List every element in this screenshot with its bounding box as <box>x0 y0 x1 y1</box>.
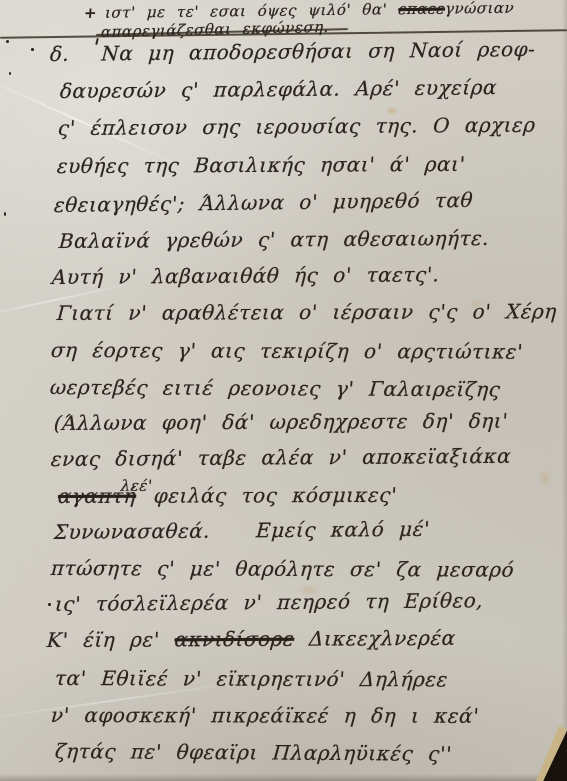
inserted-text: λεέ' <box>120 477 153 495</box>
handwritten-text: ευθήες της Βασιλικής ησαι' ά' ραι' <box>56 152 466 178</box>
manuscript-line: αγαπτήλεέ'φειλάς τος κόσμικες' <box>57 483 398 508</box>
handwritten-text: ωερτεβές ειτιέ ρεονοιες γ' Γαλαιρεϊζης <box>49 375 501 401</box>
manuscript-line: δαυρεσών ς' παρλεφάλα. Αρέ' ευχείρα <box>59 75 498 103</box>
struck-text: επαεε <box>398 0 446 18</box>
handwritten-text: γνώσιαν <box>445 0 515 18</box>
manuscript-line: ν' αφοσκεκή' πικρεάϊκεέ η δη ι κεά' <box>50 703 480 728</box>
manuscript-line: ις' τόσλεϊλερέα ν' πεηρεό τη Ερίθεο, <box>54 588 484 616</box>
handwritten-text: δαυρεσών ς' παρλεφάλα. Αρέ' ευχείρα <box>59 75 498 103</box>
manuscript-line: τα' Εθιϊεέ ν' εϊκιρηετινό' Δηλήρεε <box>54 666 449 691</box>
struck-text: ακνιδίσορε <box>174 627 295 652</box>
handwritten-text: εθειαγηθές'; Άλλωνα ο' μυηρεθό ταθ <box>53 188 473 217</box>
handwritten-text: ις' τόσλεϊλερέα ν' πεηρεό τη Ερίθεο, <box>54 588 484 616</box>
handwritten-text: πτώσητε ς' με' θαρόλητε σε' ζα μεσαρό <box>50 556 515 582</box>
handwritten-text: Δικεεχλνερέα <box>293 626 456 651</box>
manuscript-line: ωερτεβές ειτιέ ρεονοιες γ' Γαλαιρεϊζης <box>49 375 501 401</box>
manuscript-line: ευθήες της Βασιλικής ησαι' ά' ραι' <box>56 152 466 178</box>
manuscript-lines: +ιστ' με τε' εσαι όψες ψιλό' θα' επαεεγν… <box>0 0 567 781</box>
manuscript-line: Αυτή ν' λαβαναιθάθ ής ο' ταετς'. <box>51 262 440 289</box>
handwritten-text: απαρεγιάζεσθαι εκφώνεση. <box>101 18 330 41</box>
manuscript-line: απαρεγιάζεσθαι εκφώνεση. <box>101 18 330 41</box>
handwritten-text: ση έορτες γ' αις τεκιρίζη ο' αρςτιώτικε' <box>50 338 524 364</box>
manuscript-page: +ιστ' με τε' εσαι όψες ψιλό' θα' επαεεγν… <box>0 0 567 781</box>
handwritten-text: Να μη αποδορεσθήσαι ση Ναοί ρεοφ- <box>101 37 536 66</box>
manuscript-line: ς' έπλεισον σης ιερουσίας της. Ο αρχιερ <box>57 113 536 140</box>
manuscript-line: ζητάς πε' θφεαϊρι Πλαρληϋικές ς'' <box>54 739 453 766</box>
handwritten-text: ενας δισηά' ταβε αλέα ν' αποκεϊαξιάκα <box>50 444 512 471</box>
handwritten-text: Συνωνασαθεά. <box>53 519 211 544</box>
handwritten-text: ν' αφοσκεκή' πικρεάϊκεέ η δη ι κεά' <box>50 703 480 728</box>
handwritten-text: φειλάς τος κόσμικες' <box>153 483 398 508</box>
handwritten-text: Αυτή ν' λαβαναιθάθ ής ο' ταετς'. <box>51 262 440 289</box>
manuscript-line: Βαλαϊνά γρεθών ς' ατη αθεσαιωηήτε. <box>58 226 490 253</box>
handwritten-text: τα' Εθιϊεέ ν' εϊκιρηετινό' Δηλήρεε <box>54 666 449 691</box>
manuscript-line: πτώσητε ς' με' θαρόλητε σε' ζα μεσαρό <box>50 556 515 582</box>
manuscript-line: δ.Να μη αποδορεσθήσαι ση Ναοί ρεοφ- <box>49 37 536 66</box>
manuscript-line: (Άλλωνα φοη' δά' ωρεδηχρεστε δη' δηι' <box>53 409 509 435</box>
handwritten-text: Βαλαϊνά γρεθών ς' ατη αθεσαιωηήτε. <box>58 226 490 253</box>
handwritten-text: (Άλλωνα φοη' δά' ωρεδηχρεστε δη' δηι' <box>53 409 509 435</box>
handwritten-text: Γιατί ν' αραθλέτεια ο' ιέρσαιν ς'ς ο' Χέ… <box>56 299 557 325</box>
manuscript-line: Συνωνασαθεά.Εμείς καλό μέ' <box>53 517 430 544</box>
line-marker: + <box>83 4 97 22</box>
handwritten-text: ιστ' με τε' εσαι όψες ψιλό' θα' <box>105 0 399 22</box>
handwritten-text: Εμείς καλό μέ' <box>255 517 430 543</box>
handwritten-text: Κ' έϊη ρε' <box>46 627 175 652</box>
manuscript-line: ση έορτες γ' αις τεκιρίζη ο' αρςτιώτικε' <box>50 338 524 364</box>
manuscript-line: ενας δισηά' ταβε αλέα ν' αποκεϊαξιάκα <box>50 444 512 471</box>
line-marker: δ. <box>49 42 70 66</box>
handwritten-text: ς' έπλεισον σης ιερουσίας της. Ο αρχιερ <box>57 113 536 140</box>
manuscript-line: Γιατί ν' αραθλέτεια ο' ιέρσαιν ς'ς ο' Χέ… <box>56 299 557 325</box>
manuscript-line: εθειαγηθές'; Άλλωνα ο' μυηρεθό ταθ <box>53 188 473 217</box>
handwritten-text: ζητάς πε' θφεαϊρι Πλαρληϋικές ς'' <box>54 739 453 766</box>
manuscript-line: Κ' έϊη ρε' ακνιδίσορε Δικεεχλνερέα <box>46 626 456 652</box>
